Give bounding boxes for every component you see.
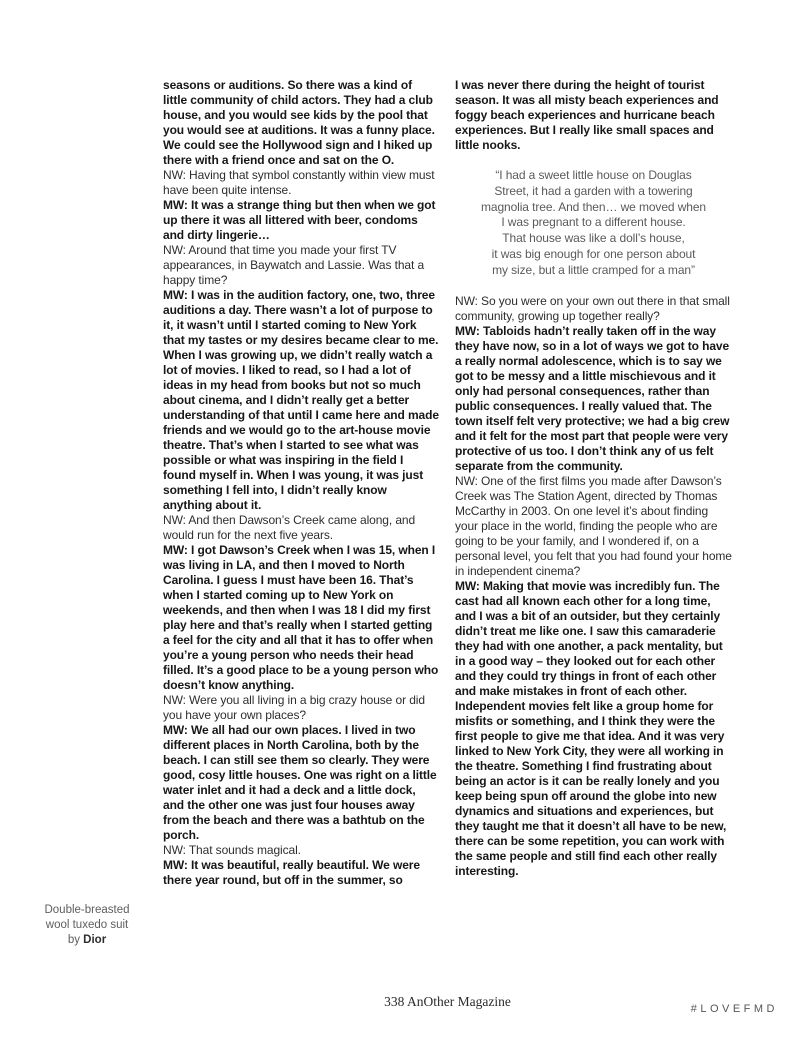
interview-question: NW: Were you all living in a big crazy h… [163, 693, 439, 723]
interview-answer: MW: Making that movie was incredibly fun… [455, 579, 732, 879]
interview-answer: MW: Tabloids hadn’t really taken off in … [455, 324, 732, 474]
page-folio: 338 AnOther Magazine [163, 994, 732, 1010]
interview-question: NW: So you were on your own out there in… [455, 294, 732, 324]
caption-line-2: wool tuxedo suit [46, 919, 128, 931]
brand-name: Dior [83, 934, 106, 946]
interview-question: NW: That sounds magical. [163, 843, 439, 858]
interview-answer: I was never there during the height of t… [455, 78, 732, 153]
interview-question: NW: One of the first films you made afte… [455, 474, 732, 579]
caption-line-1: Double-breasted [44, 904, 129, 916]
magazine-page: seasons or auditions. So there was a kin… [0, 0, 800, 1041]
watermark: #LOVEFMD [691, 1003, 778, 1015]
interview-question: NW: And then Dawson’s Creek came along, … [163, 513, 439, 543]
interview-column-left: seasons or auditions. So there was a kin… [163, 78, 439, 888]
interview-answer: MW: I got Dawson’s Creek when I was 15, … [163, 543, 439, 693]
interview-answer: MW: It was beautiful, really beautiful. … [163, 858, 439, 888]
interview-answer: MW: I was in the audition factory, one, … [163, 288, 439, 513]
interview-answer: MW: We all had our own places. I lived i… [163, 723, 439, 843]
interview-column-right: I was never there during the height of t… [455, 78, 732, 879]
pull-quote: “I had a sweet little house on Douglas S… [455, 168, 732, 279]
interview-question: NW: Having that symbol constantly within… [163, 168, 439, 198]
interview-answer: MW: It was a strange thing but then when… [163, 198, 439, 243]
interview-answer: seasons or auditions. So there was a kin… [163, 78, 439, 168]
fashion-credit-caption: Double-breasted wool tuxedo suit by Dior [26, 903, 148, 948]
interview-question: NW: Around that time you made your first… [163, 243, 439, 288]
caption-by-label: by [68, 934, 83, 946]
